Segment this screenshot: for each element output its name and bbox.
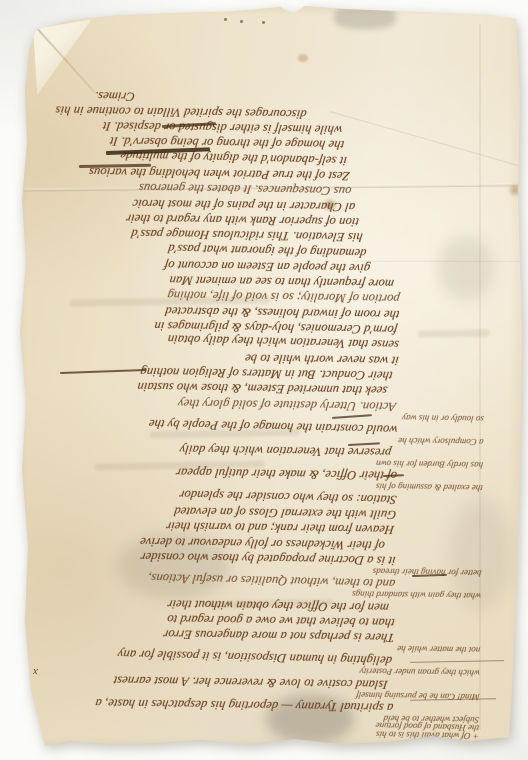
vertical-crease <box>479 24 481 730</box>
paper-sheet: + Of what avail this is to histhe Husban… <box>0 0 528 760</box>
foxing-spot <box>298 54 308 62</box>
top-edge-smudge <box>334 5 396 29</box>
x-mark: x <box>33 666 38 678</box>
ink-rule-line <box>410 660 504 663</box>
show-through-text <box>418 329 490 337</box>
ink-speck <box>224 18 227 21</box>
edge-brown-stain <box>508 182 522 198</box>
ink-strikethrough <box>383 474 404 477</box>
faint-smudge-stain <box>438 236 494 300</box>
ink-speck <box>262 21 265 24</box>
manuscript-line: Crimes. <box>18 86 136 103</box>
ink-speck <box>240 20 243 23</box>
manuscript-scan: + Of what avail this is to histhe Husban… <box>0 0 528 760</box>
paper-surface: + Of what avail this is to histhe Husban… <box>0 0 528 760</box>
handwritten-text-block-upside-down: + Of what avail this is to histhe Husban… <box>9 73 403 739</box>
